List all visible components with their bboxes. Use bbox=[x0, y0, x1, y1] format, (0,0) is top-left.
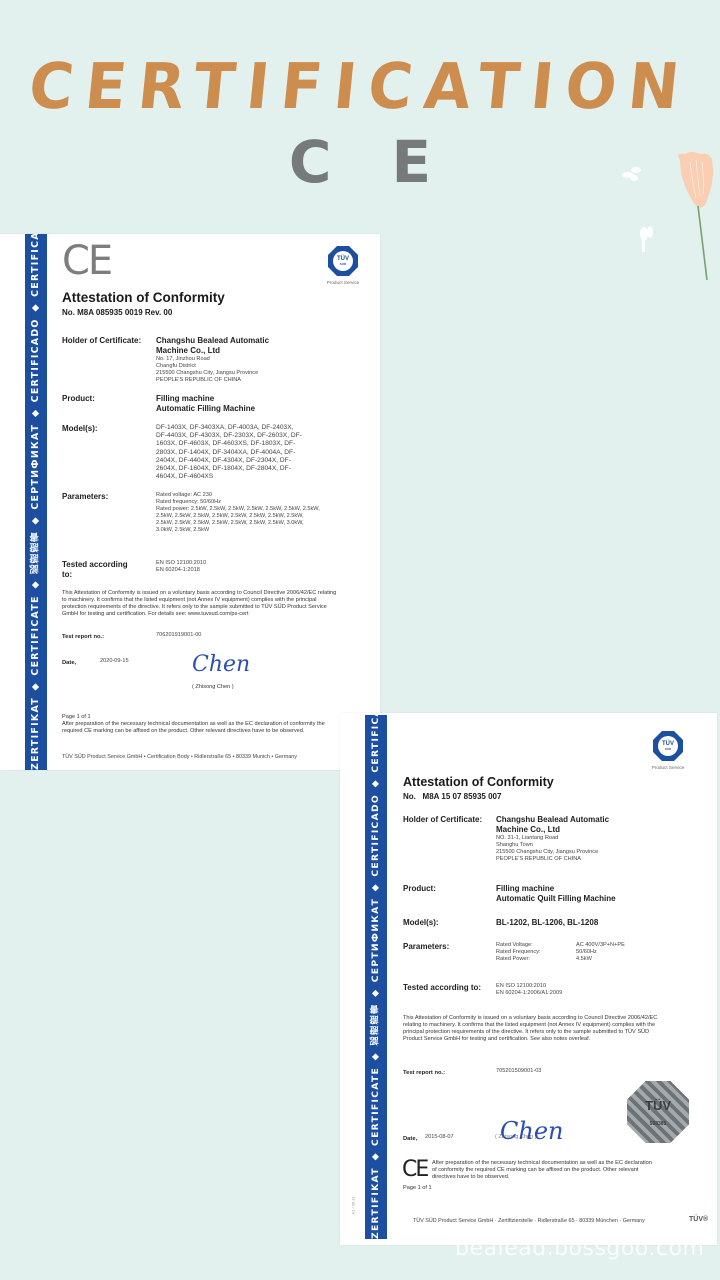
flower-illustration-icon bbox=[620, 140, 720, 290]
signature: Chen bbox=[192, 652, 250, 677]
certificate-title: Attestation of Conformity bbox=[403, 775, 554, 789]
page-subtitle: CE bbox=[0, 128, 720, 196]
tuv-hologram-seal-icon: TÜV 568385 bbox=[627, 1081, 689, 1143]
certificate-document-1: ZERTIFIKAT ◆ CERTIFICATE ◆ 認證證書 ◆ СЕРТИФ… bbox=[0, 234, 380, 770]
certificate-footer: TÜV SÜD Product Service GmbH · Zertifizi… bbox=[413, 1218, 645, 1224]
tuv-footer-logo: TÜV® bbox=[689, 1216, 708, 1223]
ce-marking-note: After preparation of the necessary techn… bbox=[432, 1160, 652, 1181]
tuv-logo-icon: TÜVSÜD Product Service bbox=[645, 731, 691, 770]
certificate-document-2: ZERTIFIKAT ◆ CERTIFICATE ◆ 認證證書 ◆ СЕРТИФ… bbox=[340, 713, 717, 1245]
page-number: Page 1 of 1 bbox=[62, 714, 91, 721]
signature: Chen bbox=[500, 1117, 563, 1145]
signatory-name: ( Zhisong Chen ) bbox=[192, 684, 234, 691]
ce-mark-icon: CE bbox=[402, 1157, 427, 1182]
conformity-statement: This Attestation of Conformity is issued… bbox=[403, 1015, 658, 1043]
certificate-title: Attestation of Conformity bbox=[62, 290, 225, 305]
conformity-statement: This Attestation of Conformity is issued… bbox=[62, 590, 342, 618]
page-title: CERTIFICATION bbox=[0, 50, 720, 124]
certificate-number: No. M8A 085935 0019 Rev. 00 bbox=[62, 308, 172, 317]
form-code: A1 / 06.11 bbox=[350, 1197, 355, 1215]
page-number: Page 1 of 1 bbox=[403, 1185, 432, 1192]
certificate-footer: TÜV SÜD Product Service GmbH • Certifica… bbox=[62, 754, 297, 760]
certificate-side-band: ZERTIFIKAT ◆ CERTIFICATE ◆ 認證證書 ◆ СЕРТИФ… bbox=[25, 234, 47, 770]
certificate-side-band: ZERTIFIKAT ◆ CERTIFICATE ◆ 認證證書 ◆ СЕРТИФ… bbox=[365, 715, 387, 1239]
certificate-number: No. M8A 15 07 85935 007 bbox=[403, 792, 501, 801]
tuv-logo-icon: TÜVSÜD Product Service bbox=[320, 246, 366, 285]
watermark: bealead.bossgoo.com bbox=[455, 1236, 704, 1261]
ce-marking-note: After preparation of the necessary techn… bbox=[62, 721, 332, 735]
ce-mark-icon: CE bbox=[62, 238, 111, 284]
